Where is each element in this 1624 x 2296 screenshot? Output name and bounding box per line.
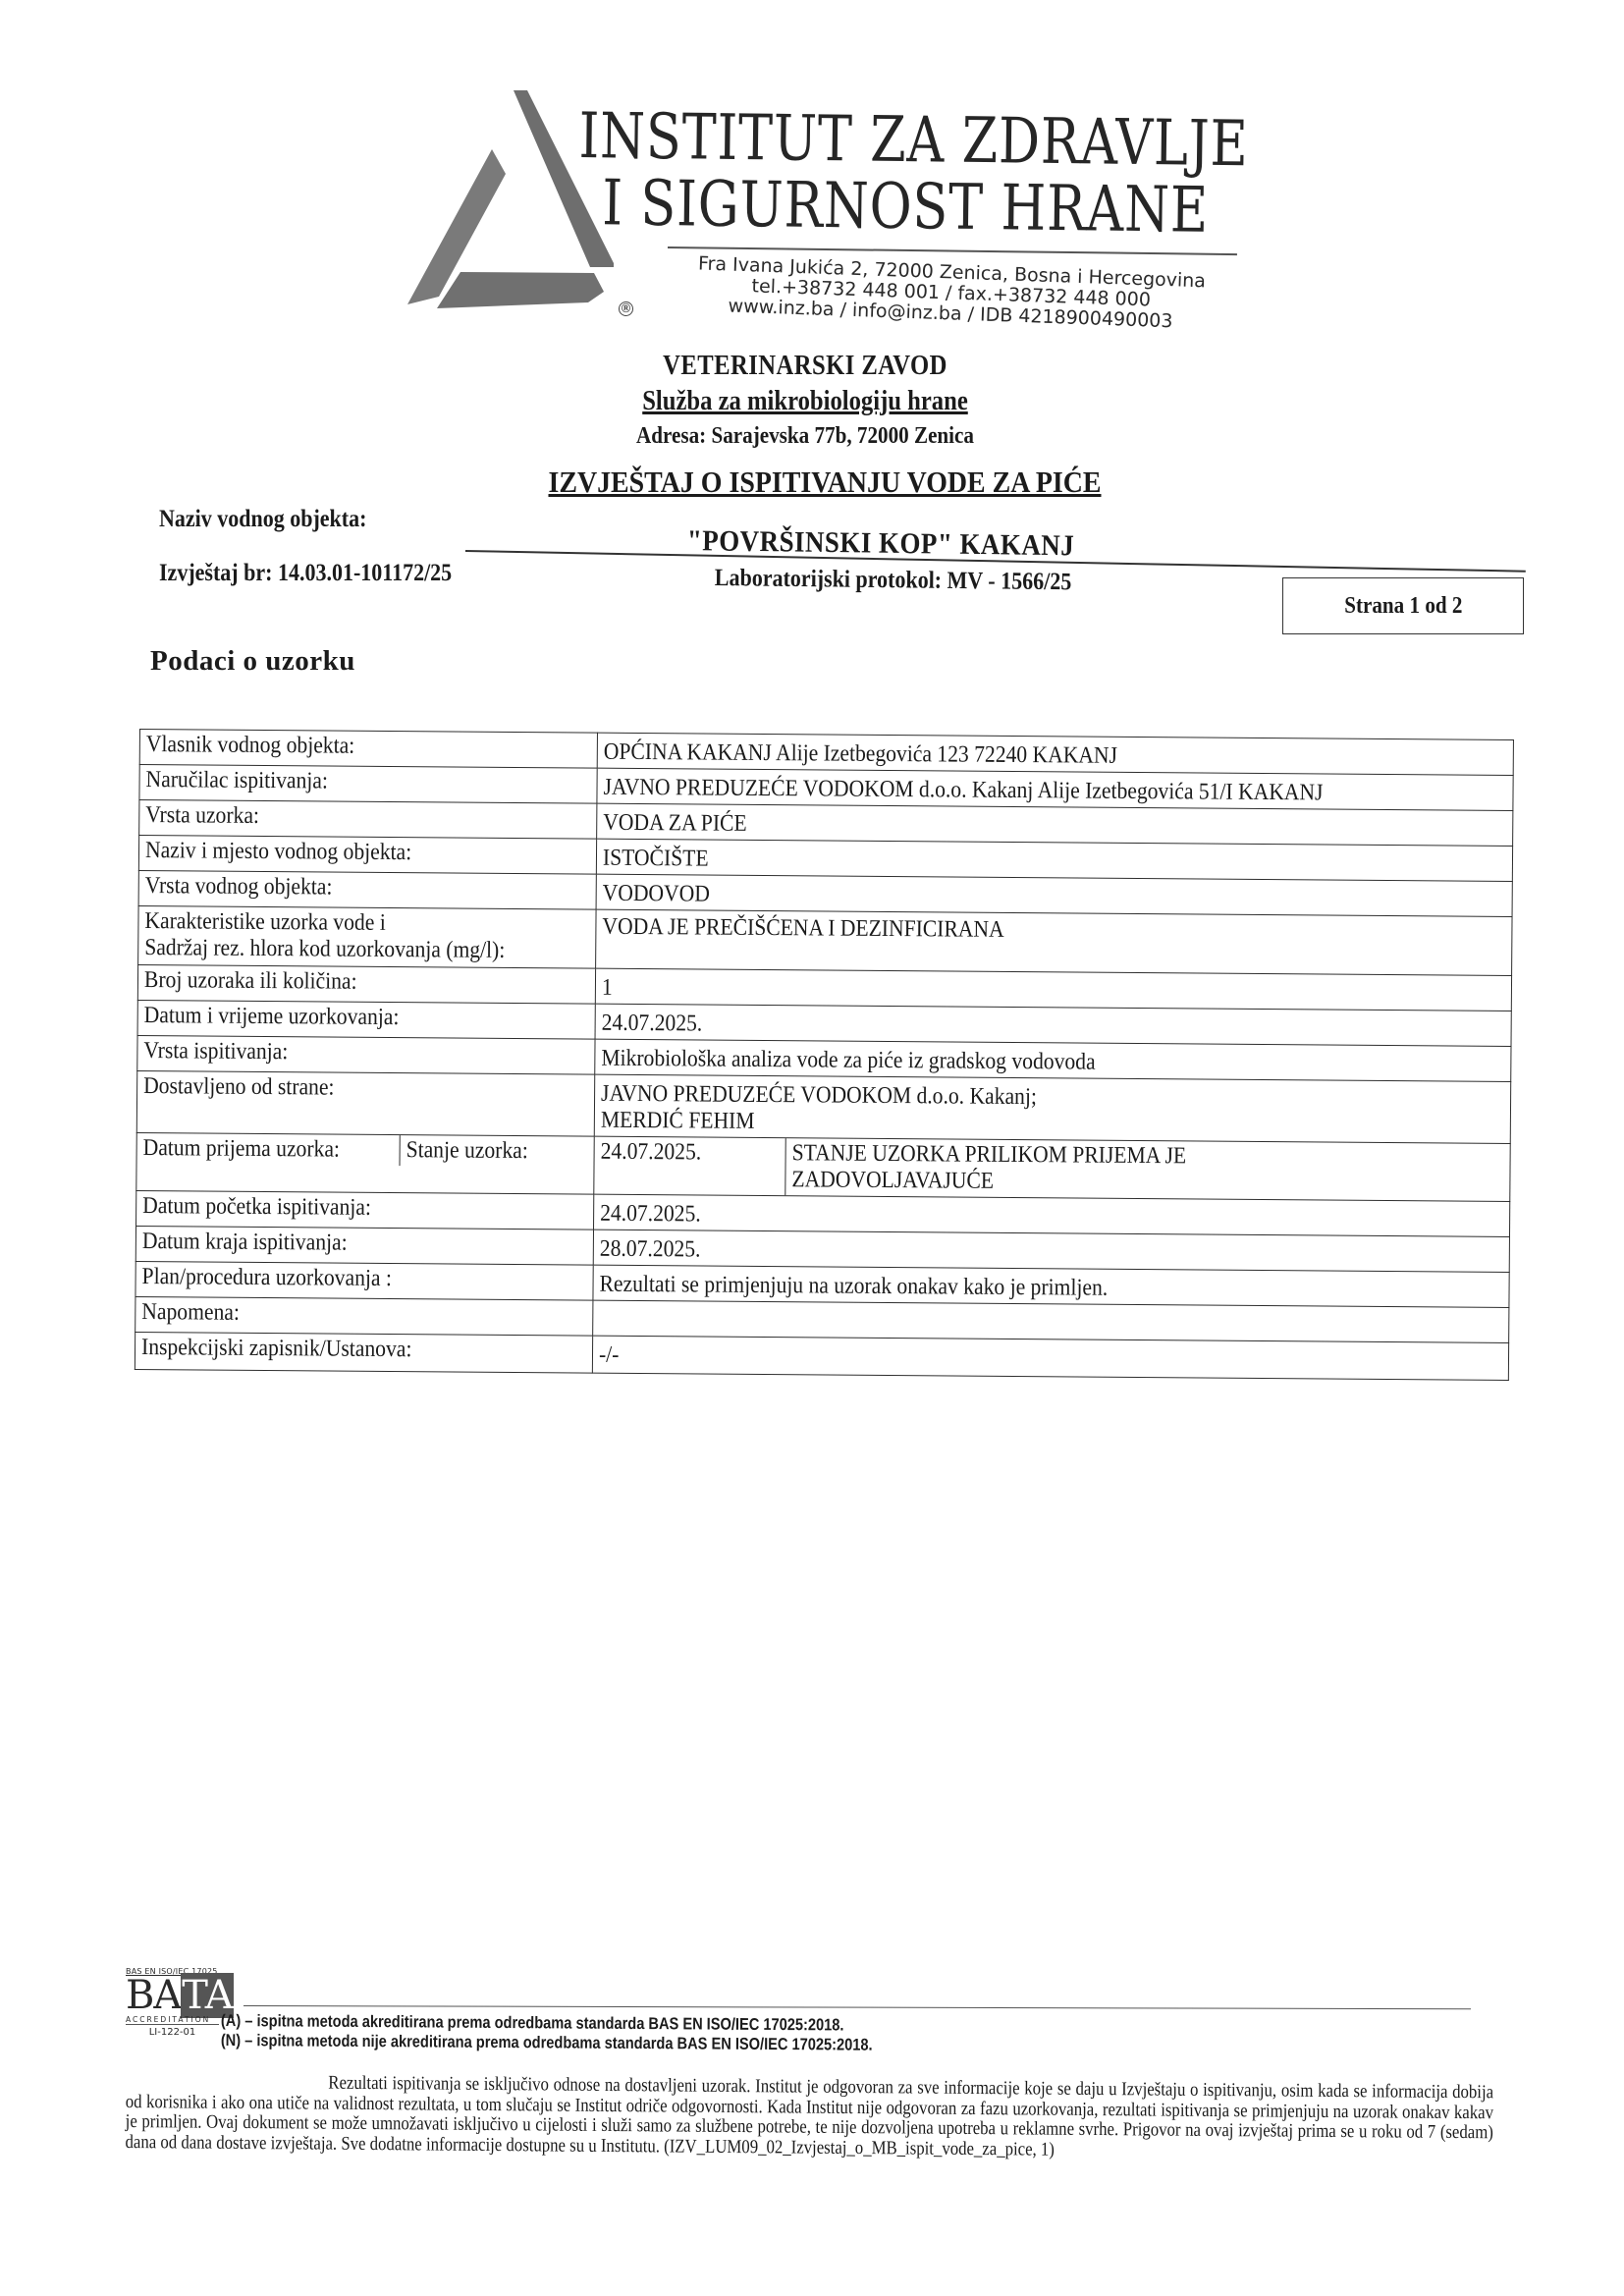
table-row: Dostavljeno od strane:JAVNO PREDUZEĆE VO…: [136, 1070, 1510, 1143]
row-value: VODA ZA PIĆE: [603, 810, 747, 838]
accreditation-subtitle: ACCREDITATION: [126, 2015, 219, 2025]
row-value: OPĆINA KAKANJ Alije Izetbegovića 123 722…: [604, 739, 1117, 770]
row-value: 24.07.2025.: [602, 1011, 703, 1038]
row-value: 24.07.2025.: [600, 1201, 701, 1229]
department-name: VETERINARSKI ZAVOD: [580, 349, 1030, 384]
page-indicator: Strana 1 od 2: [1344, 593, 1462, 620]
row-label: Datum kraja ispitivanja:: [142, 1229, 348, 1257]
object-label: Naziv vodnog objekta:: [159, 506, 366, 533]
row-label: Plan/procedura uzorkovanja :: [142, 1264, 393, 1292]
disclaimer-text: Rezultati ispitivanja se isključivo odno…: [126, 2072, 1494, 2163]
row-value: 24.07.2025.: [601, 1139, 702, 1167]
method-legend: (A) – ispitna metoda akreditirana prema …: [221, 2011, 873, 2055]
row-value: Rezultati se primjenjuju na uzorak onaka…: [599, 1272, 1108, 1302]
accreditation-logo: BAS EN ISO/IEC 17025 BATA ACCREDITATION …: [126, 1967, 219, 2038]
row-label: Karakteristike uzorka vode i: [144, 908, 386, 937]
row-label-line2: Sadržaj rez. hlora kod uzorkovanja (mg/l…: [144, 935, 505, 964]
table-row: Datum prijema uzorka:Stanje uzorka:24.07…: [136, 1132, 1510, 1201]
row-value: -/-: [599, 1342, 620, 1369]
row-value-secondary: STANJE UZORKA PRILIKOM PRIJEMA JE: [792, 1140, 1187, 1170]
report-number: Izvještaj br: 14.03.01-101172/25: [159, 560, 452, 587]
row-value-secondary-line2: ZADOVOLJAVAJUĆE: [791, 1167, 994, 1195]
registered-mark: ®: [619, 301, 633, 316]
row-label: Datum i vrijeme uzorkovanja:: [144, 1003, 400, 1031]
row-label: Vlasnik vodnog objekta:: [146, 732, 355, 760]
section-title: Podaci o uzorku: [150, 645, 355, 678]
row-label: Datum početka ispitivanja:: [142, 1193, 371, 1222]
row-label: Vrsta vodnog objekta:: [145, 873, 333, 901]
row-label: Vrsta uzorka:: [145, 802, 259, 830]
row-value-line2: MERDIĆ FEHIM: [601, 1108, 755, 1135]
row-value: VODOVOD: [603, 881, 710, 908]
footer-divider: [244, 2005, 1471, 2009]
department-service: Služba za mikrobiologiju hrane: [580, 384, 1030, 419]
table-row: Karakteristike uzorka vode iSadržaj rez.…: [138, 905, 1512, 975]
row-value: VODA JE PREČIŠĆENA I DEZINFICIRANA: [602, 914, 1003, 944]
lab-protocol: Laboratorijski protokol: MV - 1566/25: [715, 565, 1072, 596]
institute-name: INSTITUT ZA ZDRAVLJE I SIGURNOST HRANE: [577, 103, 1395, 246]
row-value: JAVNO PREDUZEĆE VODOKOM d.o.o. Kakanj;: [601, 1081, 1037, 1111]
institute-name-line2: I SIGURNOST HRANE: [577, 170, 1248, 245]
row-value: ISTOČIŠTE: [603, 846, 709, 873]
row-label: Napomena:: [141, 1299, 240, 1327]
row-label: Inspekcijski zapisnik/Ustanova:: [141, 1335, 412, 1363]
sample-data-table: Vlasnik vodnog objekta:OPĆINA KAKANJ Ali…: [135, 729, 1514, 1381]
department-address: Adresa: Sarajevska 77b, 72000 Zenica: [580, 419, 1030, 453]
row-label: Dostavljeno od strane:: [143, 1073, 335, 1102]
bata-mark: BATA: [126, 1976, 219, 2015]
row-label: Broj uzoraka ili količina:: [144, 967, 357, 996]
institute-name-line1: INSTITUT ZA ZDRAVLJE: [578, 103, 1249, 178]
row-label-secondary: Stanje uzorka:: [406, 1137, 528, 1165]
row-value: Mikrobiološka analiza vode za piće iz gr…: [601, 1046, 1095, 1076]
page-indicator-box: Strana 1 od 2: [1282, 577, 1524, 634]
department-block: VETERINARSKI ZAVOD Služba za mikrobiolog…: [580, 349, 1030, 453]
row-label: Naručilac ispitivanja:: [145, 767, 328, 794]
accreditation-number: LI-122-01: [126, 2027, 219, 2038]
row-value: 28.07.2025.: [600, 1236, 701, 1264]
institute-contact: Fra Ivana Jukića 2, 72000 Zenica, Bosna …: [685, 253, 1218, 334]
row-value: JAVNO PREDUZEĆE VODOKOM d.o.o. Kakanj Al…: [603, 775, 1323, 807]
report-title: IZVJEŠTAJ O ISPITIVANJU VODE ZA PIĆE: [427, 465, 1222, 500]
row-value: 1: [602, 975, 613, 1002]
row-label: Naziv i mjesto vodnog objekta:: [145, 838, 411, 866]
row-label: Datum prijema uzorka:: [143, 1135, 341, 1164]
legend-not-accredited: (N) – ispitna metoda nije akreditirana p…: [221, 2031, 873, 2055]
row-label: Vrsta ispitivanja:: [143, 1038, 288, 1066]
